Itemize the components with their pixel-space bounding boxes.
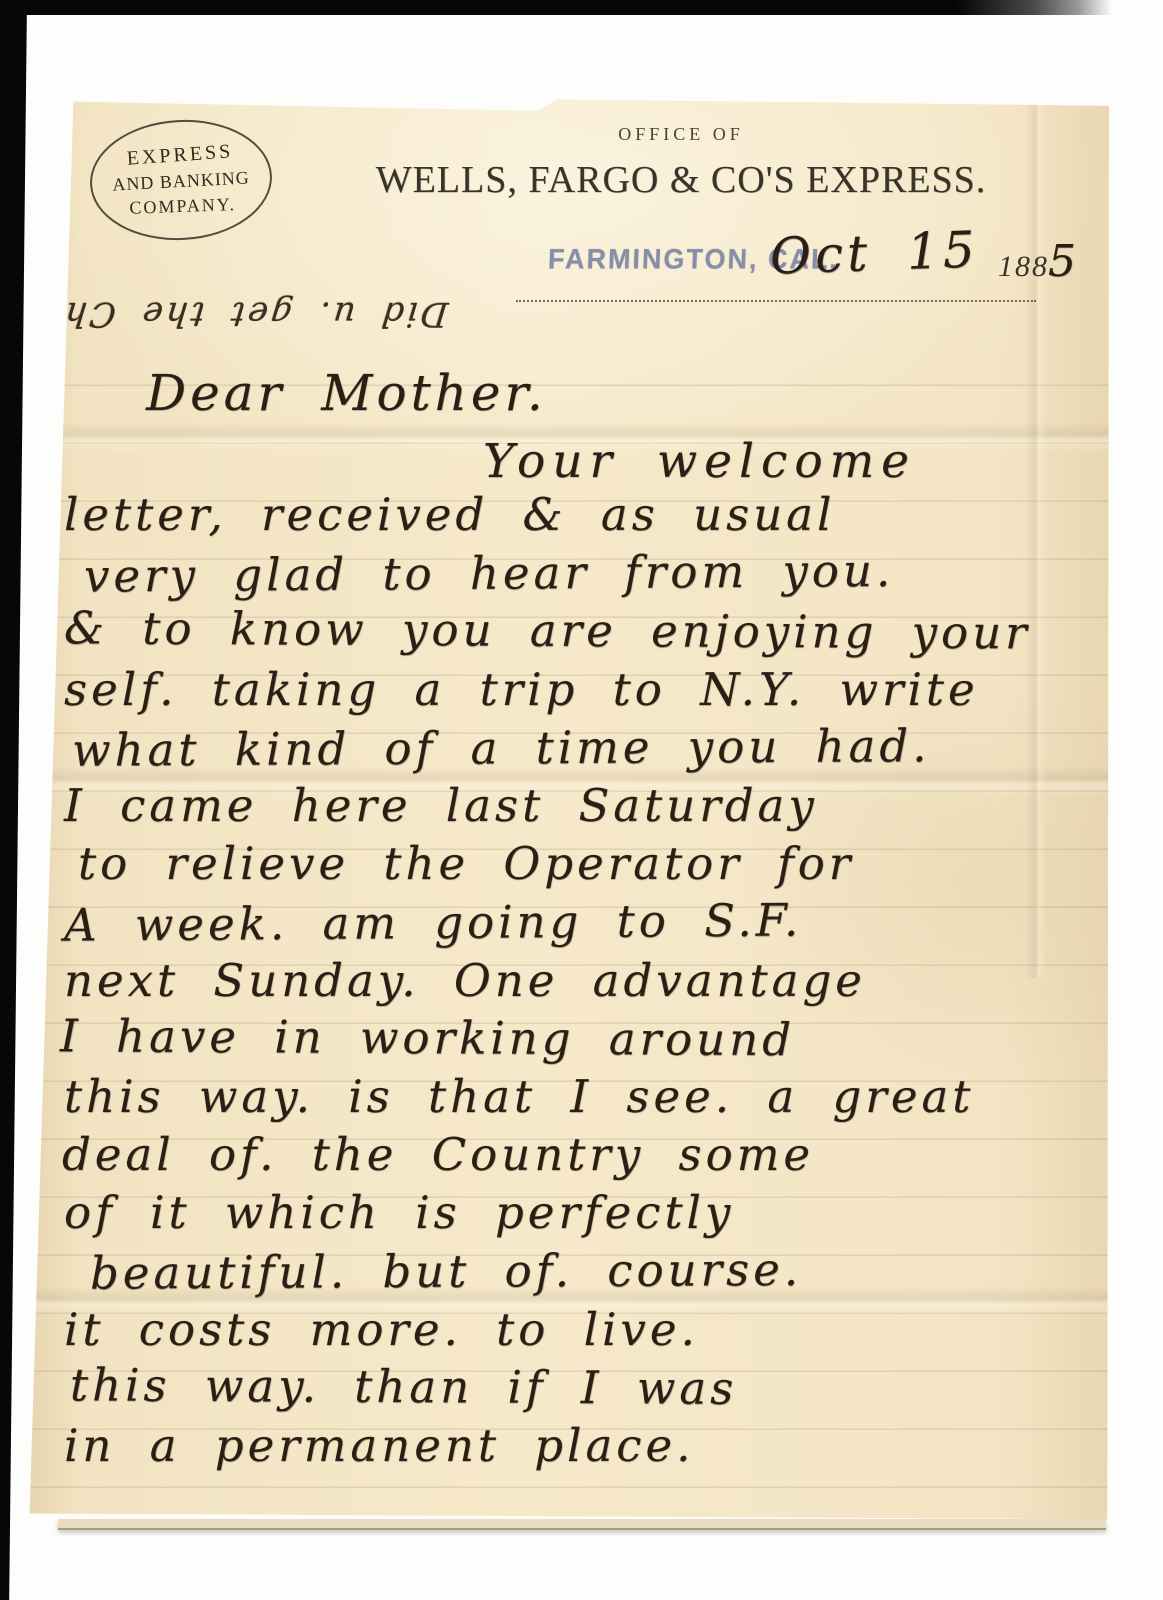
handwritten-date: Oct 15 bbox=[769, 220, 980, 285]
handwritten-line: this way. is that I see. a great bbox=[64, 1068, 1094, 1126]
scanner-edge-top bbox=[0, 0, 1112, 15]
handwritten-line: of it which is perfectly bbox=[64, 1184, 1094, 1242]
scanned-letter-page: EXPRESS AND BANKING COMPANY. OFFICE OF W… bbox=[0, 0, 1163, 1600]
handwritten-line: what kind of a time you had. bbox=[72, 716, 1094, 780]
oval-stamp-line2: AND BANKING bbox=[112, 167, 250, 195]
handwritten-line: next Sunday. One advantage bbox=[64, 952, 1094, 1010]
express-banking-oval-stamp: EXPRESS AND BANKING COMPANY. bbox=[87, 115, 275, 244]
oval-stamp-line1: EXPRESS bbox=[126, 140, 234, 170]
second-sheet-edge bbox=[58, 1519, 1106, 1530]
opening-line: Your welcome bbox=[483, 434, 916, 489]
handwritten-line: deal of. the Country some bbox=[62, 1126, 1094, 1184]
handwritten-line: this way. than if I was bbox=[70, 1356, 1094, 1420]
handwritten-year-digit: 5 bbox=[1048, 236, 1080, 287]
handwriting-body: letter, received & as usualvery glad to … bbox=[64, 486, 1094, 1475]
letter-paper: EXPRESS AND BANKING COMPANY. OFFICE OF W… bbox=[28, 98, 1110, 1522]
handwritten-line: letter, received & as usual bbox=[64, 486, 1094, 544]
date-dotted-line bbox=[516, 300, 1036, 302]
handwritten-line: I came here last Saturday bbox=[64, 777, 1094, 835]
handwritten-line: A week. am going to S.F. bbox=[64, 890, 1094, 955]
handwritten-line: self. taking a trip to N.Y. write bbox=[64, 661, 1094, 719]
oval-stamp-line3: COMPANY. bbox=[129, 194, 236, 219]
upside-down-note: Did u. get the Cheque. bbox=[78, 294, 450, 334]
scanner-edge-left bbox=[0, 0, 27, 1600]
handwritten-line: I have in working around bbox=[60, 1007, 1094, 1071]
handwritten-line: to relieve the Operator for bbox=[78, 835, 1094, 893]
handwritten-line: it costs more. to live. bbox=[64, 1301, 1094, 1359]
handwritten-line: very glad to hear from you. bbox=[84, 541, 1094, 606]
handwritten-line: in a permanent place. bbox=[64, 1417, 1094, 1475]
handwritten-line: & to know you are enjoying your bbox=[64, 600, 1094, 664]
handwritten-line: beautiful. but of. course. bbox=[90, 1240, 1094, 1303]
office-of-label: OFFICE OF bbox=[331, 124, 1031, 145]
salutation: Dear Mother. bbox=[146, 364, 547, 422]
company-name: WELLS, FARGO & CO'S EXPRESS. bbox=[286, 158, 1076, 202]
printed-year-prefix: 188 bbox=[998, 250, 1049, 284]
